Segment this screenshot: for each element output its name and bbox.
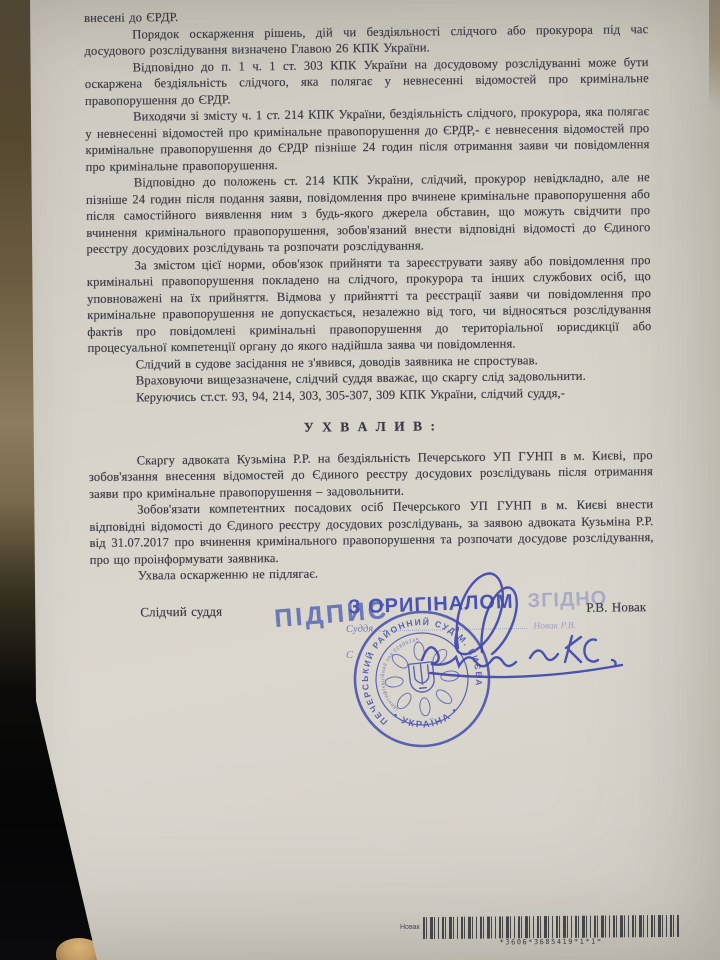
judge-name: Р.В. Новак <box>586 599 646 616</box>
document-body: внесені до ЄРДР. Порядок оскарження ріше… <box>0 3 720 622</box>
ruling-paragraph: Зобов'язати компетентних посадових осіб … <box>89 496 654 568</box>
barcode-bars <box>422 915 678 939</box>
body-paragraph: Відповідно до положень ст. 214 КПК Украї… <box>86 169 651 257</box>
barcode-code-text: *3606*3685419*1*1* <box>499 938 602 947</box>
body-paragraph: Відповідно до п. 1 ч. 1 ст. 303 КПК Укра… <box>85 54 649 109</box>
body-paragraph: За змістом цієї норми, обов'язок прийнят… <box>87 252 652 357</box>
ruling-paragraph: Скаргу адвоката Кузьміна Р.Р. на бездіял… <box>89 447 653 502</box>
photo-of-court-ruling: внесені до ЄРДР. Порядок оскарження ріше… <box>0 0 720 960</box>
document-page: внесені до ЄРДР. Порядок оскарження ріше… <box>0 0 720 960</box>
body-paragraph: Виходячи зі змісту ч. 1 ст. 214 КПК Укра… <box>85 103 650 175</box>
signature-row: Слідчий суддя ПІДПИС Р.В. Новак <box>90 599 654 621</box>
signature-placeholder-stamp: ПІДПИС <box>274 601 390 627</box>
barcode: *3606*3685419*1*1* <box>422 915 678 947</box>
judge-role-label: Слідчий суддя <box>140 603 222 620</box>
barcode-row: Новак *3606*3685419*1*1* <box>400 916 679 946</box>
ruling-heading: У Х В А Л И В : <box>88 416 652 438</box>
barcode-label: Новак <box>400 924 420 931</box>
